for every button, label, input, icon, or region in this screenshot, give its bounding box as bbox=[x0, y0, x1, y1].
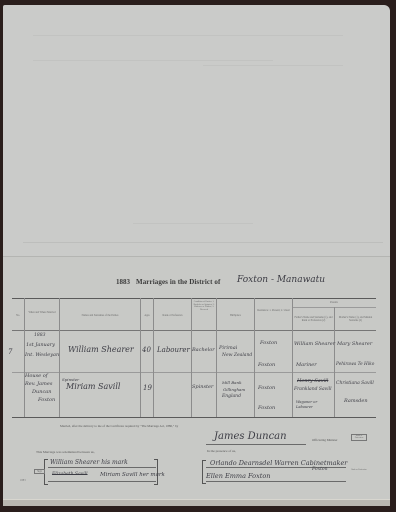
bride-residence-usual: Foxton bbox=[258, 405, 275, 411]
col-divider bbox=[254, 298, 255, 417]
bride-mother-name: Christiana Savill bbox=[336, 381, 374, 386]
table-top-rule bbox=[12, 298, 376, 299]
groom-mother-maiden: Pehirawa Te Hiko bbox=[336, 362, 374, 367]
col-header-father: Father's Name and Surname (1), and Rank … bbox=[293, 316, 334, 322]
groom-birthplace-1: Pirimai bbox=[219, 345, 237, 351]
bleed-through-line bbox=[23, 242, 383, 243]
col-header-birthplace: Birthplace bbox=[217, 314, 254, 317]
col-divider bbox=[191, 298, 192, 417]
bride-birthplace-3: England bbox=[222, 394, 241, 399]
groom-rank: Labourer bbox=[157, 346, 190, 354]
groom-father-rank: Mariner bbox=[296, 362, 317, 368]
groom-residence-usual: Foxton bbox=[258, 362, 275, 368]
col-divider bbox=[334, 307, 335, 417]
col-header-rank: Rank or Profession bbox=[154, 314, 191, 317]
witness-2-signature: Ellen Emma Foxton bbox=[206, 472, 270, 480]
groom-mother-name: Mary Shearer bbox=[337, 341, 372, 347]
when-date: 1st January bbox=[26, 342, 55, 348]
col-header-condition: Condition of Parties: 1. Bachelor or Spi… bbox=[192, 301, 216, 311]
register-year: 1883 bbox=[116, 278, 130, 286]
witness-label: In the presence of us, bbox=[207, 449, 236, 453]
corner-note: 1883 bbox=[20, 479, 26, 482]
groom-birthplace-2: New Zealand bbox=[222, 353, 252, 358]
minister-label: Officiating Minister bbox=[312, 438, 338, 442]
entry-number: 7 bbox=[8, 348, 12, 356]
witness-side-label: Rank or Profession bbox=[350, 469, 368, 471]
col-header-residence: Residence: 1. Present; 2. Usual bbox=[255, 309, 292, 312]
when-year: 1883 bbox=[34, 333, 45, 338]
table-bottom-rule bbox=[12, 417, 376, 418]
col-header-when-where: When and Where Married bbox=[25, 311, 59, 314]
parties-side-label: Sign bbox=[34, 469, 45, 474]
groom-name: William Shearer bbox=[68, 345, 134, 354]
col-header-mother: Mother's Name (1), and Maiden Surname (2… bbox=[335, 316, 376, 322]
groom-signature: William Shearer his mark bbox=[50, 459, 128, 466]
bleed-through-line bbox=[33, 60, 273, 61]
groom-residence-present: Foxton bbox=[260, 340, 277, 346]
bride-residence-present: Foxton bbox=[258, 385, 275, 391]
struck-witness-text: Elizabeth Savill bbox=[52, 472, 88, 477]
page-edge bbox=[3, 499, 390, 506]
col-header-names: Names and Surnames of the Parties bbox=[60, 314, 140, 317]
col-header-age: Ages bbox=[141, 314, 153, 317]
parties-label: This Marriage was solemnized between us, bbox=[36, 450, 95, 454]
where-rev: Rev. James bbox=[25, 381, 52, 387]
bride-name: Miriam Savill bbox=[66, 382, 120, 391]
bride-age: 19 bbox=[143, 384, 152, 392]
district-name: Foxton - Manawatu bbox=[237, 275, 325, 285]
bride-father-name-struck: Henry Savill bbox=[297, 378, 328, 384]
groom-father-name: William Shearer bbox=[294, 341, 335, 347]
solemnization-text: Married, after the delivery to me of the… bbox=[60, 424, 178, 428]
where-minister: Duncan bbox=[32, 389, 51, 395]
register-title: Marriages in the District of bbox=[136, 278, 220, 286]
minister-signature-line bbox=[206, 444, 306, 445]
bride-signature: Miriam Savill her mark bbox=[100, 472, 165, 478]
col-header-no: No. bbox=[12, 314, 24, 317]
minister-rank-box: Rank or Profession bbox=[351, 434, 367, 441]
groom-condition: Bachelor bbox=[192, 347, 215, 353]
witness-1-signature: Orlando Dearnsdel Warren Cabinetmaker bbox=[210, 459, 347, 467]
entry-divider bbox=[12, 372, 376, 373]
bleed-through-line bbox=[133, 223, 253, 224]
blank-upper-page bbox=[3, 5, 390, 257]
bride-condition: Spinster bbox=[192, 384, 213, 390]
signature-line bbox=[206, 481, 346, 482]
witness-annotation: Foxton bbox=[312, 467, 328, 472]
minister-signature: James Duncan bbox=[214, 431, 287, 442]
bride-father-name: Frankland Savill bbox=[294, 387, 332, 392]
bride-mother-maiden: Ramsden bbox=[344, 398, 368, 404]
bride-birthplace-1: Mill Bank bbox=[222, 380, 242, 385]
signature-line bbox=[48, 481, 156, 482]
where-church: Int. Wesleyan bbox=[25, 352, 59, 358]
signature-line bbox=[48, 467, 156, 468]
where-place: Foxton bbox=[38, 397, 55, 403]
groom-age: 40 bbox=[142, 346, 151, 354]
bleed-through-line bbox=[33, 35, 343, 36]
col-header-parents: Parents bbox=[292, 301, 376, 304]
where-house: House of bbox=[25, 373, 48, 379]
bride-birthplace-2: Gillingham bbox=[223, 387, 245, 392]
header-bottom-rule bbox=[12, 330, 376, 331]
bleed-through-line bbox=[203, 65, 343, 66]
bride-father-rank: Wagoner or Labourer bbox=[296, 400, 332, 409]
